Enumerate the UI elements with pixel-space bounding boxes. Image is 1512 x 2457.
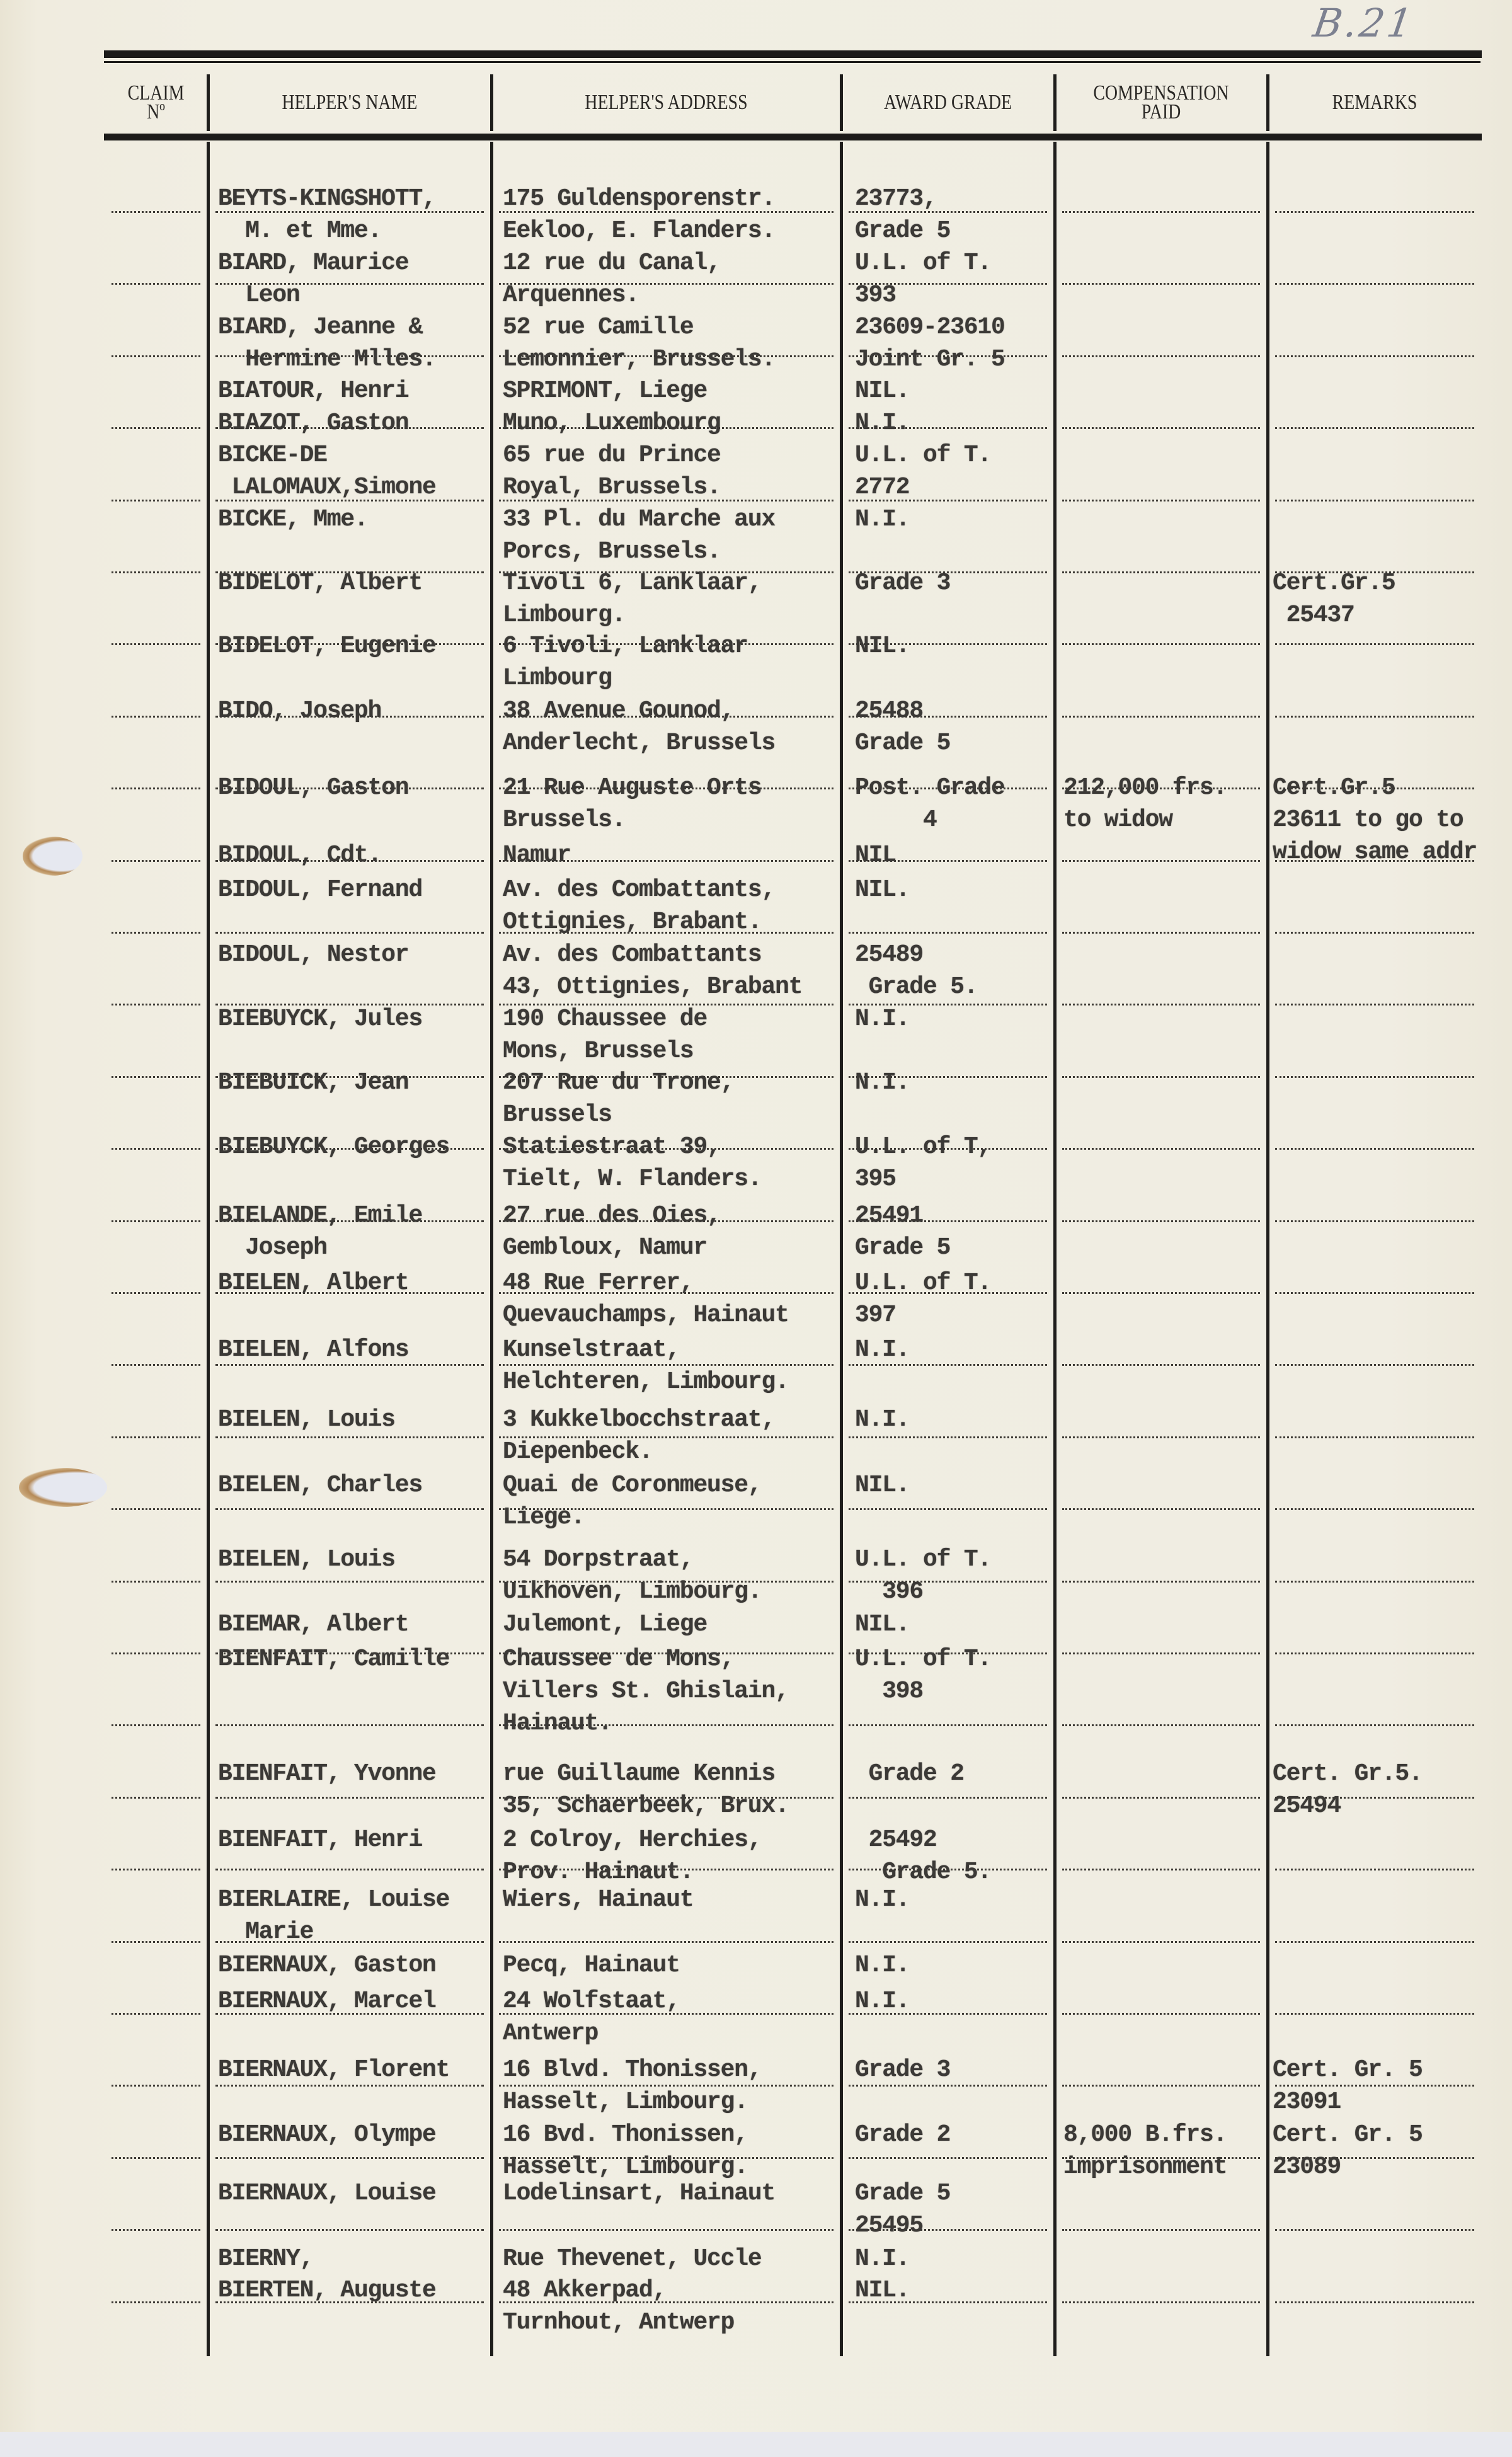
cell-address: 207 Rue du Trone,: [503, 1067, 734, 1099]
cell-name: BIERNAUX, Marcel: [218, 1985, 436, 2017]
ruled-line: [1275, 2013, 1474, 2015]
column-header-compensation: COMPENSATION PAID: [1074, 72, 1248, 132]
ruled-line: [112, 2085, 200, 2087]
cell-address: 24 Wolfstaat,: [503, 1985, 680, 2017]
cell-address: 2 Colroy, Herchies,: [503, 1824, 761, 1856]
ruled-line: [849, 1436, 1047, 1438]
cell-address: Hasselt, Limbourg.: [503, 2086, 748, 2118]
cell-award: N.I.: [855, 1985, 909, 2017]
cell-name: BIAZOT, Gaston: [218, 407, 408, 439]
ruled-line: [1062, 1220, 1260, 1222]
cell-address: Brussels: [503, 1099, 612, 1131]
ruled-line: [1062, 860, 1260, 862]
cell-award: NIL.: [855, 2274, 909, 2306]
cell-address: 16 Bvd. Thonissen,: [503, 2119, 748, 2151]
header-bottom-rule: [104, 134, 1482, 140]
cell-name: Marie: [218, 1916, 313, 1948]
column-divider: [840, 142, 843, 2356]
cell-name: BIEBUYCK, Jules: [218, 1003, 422, 1035]
ruled-line: [1275, 1364, 1474, 1366]
cell-address: Statiestraat 39,: [503, 1131, 721, 1163]
cell-address: Gembloux, Namur: [503, 1232, 707, 1264]
cell-address: Liege.: [503, 1501, 585, 1533]
cell-award: 25491: [855, 1200, 923, 1232]
cell-name: BIELANDE, Emile: [218, 1200, 422, 1232]
cell-award: 396: [855, 1576, 923, 1608]
cell-name: BIDELOT, Eugenie: [218, 630, 436, 662]
ruled-line: [112, 355, 200, 357]
cell-address: Villers St. Ghislain,: [503, 1675, 789, 1707]
cell-name: BIERTEN, Auguste: [218, 2274, 436, 2306]
page-label-handwritten: B.21: [1310, 0, 1417, 46]
ruled-line: [1062, 1076, 1260, 1078]
punch-hole-upper: [23, 837, 83, 876]
cell-address: Pecq, Hainaut: [503, 1949, 680, 1981]
cell-address: 190 Chaussee de: [503, 1003, 707, 1035]
cell-name: BIEBUICK, Jean: [218, 1067, 408, 1099]
ruled-line: [112, 716, 200, 718]
cell-name: BIEMAR, Albert: [218, 1608, 408, 1641]
cell-address: 48 Rue Ferrer,: [503, 1267, 693, 1299]
cell-name: BIDOUL, Fernand: [218, 874, 422, 906]
ruled-line: [1275, 2229, 1474, 2231]
cell-name: BIELEN, Charles: [218, 1469, 422, 1501]
cell-award: Post. Grade: [855, 772, 1005, 804]
ruled-line: [112, 860, 200, 862]
cell-address: 33 Pl. du Marche aux: [503, 503, 775, 535]
ruled-line: [112, 1004, 200, 1005]
cell-address: Kunselstraat,: [503, 1334, 680, 1366]
cell-name: BIERNAUX, Louise: [218, 2177, 436, 2209]
cell-award: NIL.: [855, 375, 909, 407]
ruled-line: [1062, 1004, 1260, 1005]
cell-award: N.I.: [855, 2243, 909, 2275]
cell-address: Lemonnier, Brussels.: [503, 343, 775, 375]
cell-address: 16 Blvd. Thonissen,: [503, 2054, 761, 2086]
ruled-line: [1275, 1292, 1474, 1294]
ruled-line: [112, 2013, 200, 2015]
ruled-line: [112, 787, 200, 789]
cell-award: N.I.: [855, 1949, 909, 1981]
ruled-line: [1275, 1436, 1474, 1438]
cell-address: 27 rue des Oies,: [503, 1200, 721, 1232]
top-thin-rule: [104, 61, 1480, 63]
ruled-line: [1275, 643, 1474, 645]
cell-award: Grade 5: [855, 727, 950, 759]
header-column-divider: [1053, 74, 1057, 131]
header-column-divider: [207, 74, 210, 131]
cell-remarks: Cert.Gr.5: [1273, 567, 1395, 599]
column-divider: [490, 142, 493, 2356]
column-header-award: AWARD GRADE: [861, 72, 1036, 132]
cell-address: Hainaut.: [503, 1707, 612, 1739]
cell-address: Helchteren, Limbourg.: [503, 1366, 789, 1398]
cell-award: U.L. of T.: [855, 247, 991, 279]
cell-name: BIDOUL, Gaston: [218, 772, 408, 804]
cell-name: BICKE-DE: [218, 439, 327, 471]
cell-award: 25495: [855, 2209, 923, 2242]
ruled-line: [1062, 1869, 1260, 1870]
cell-address: 35, Schaerbeek, Brux.: [503, 1790, 789, 1822]
column-header-claim: CLAIM Nº: [113, 72, 198, 132]
ruled-line: [1062, 283, 1260, 285]
cell-address: Arquennes.: [503, 279, 639, 311]
cell-award: 398: [855, 1675, 923, 1707]
ruled-line: [112, 500, 200, 501]
cell-address: SPRIMONT, Liege: [503, 375, 707, 407]
ruled-line: [1275, 1076, 1474, 1078]
header-column-divider: [490, 74, 493, 131]
cell-name: BIDOUL, Cdt.: [218, 839, 381, 871]
cell-name: BIDO, Joseph: [218, 695, 381, 727]
cell-address: Turnhout, Antwerp: [503, 2306, 734, 2339]
ruled-line: [112, 1436, 200, 1438]
ruled-line: [215, 1724, 484, 1726]
cell-award: N.I.: [855, 1884, 909, 1916]
scan-background: [0, 2432, 1512, 2457]
cell-name: BIERNAUX, Olympe: [218, 2119, 436, 2151]
cell-award: Joint Gr. 5: [855, 343, 1005, 375]
cell-name: BIELEN, Alfons: [218, 1334, 408, 1366]
ruled-line: [215, 932, 484, 934]
ruled-line: [1062, 1148, 1260, 1150]
ruled-line: [1275, 211, 1474, 213]
cell-address: Quevauchamps, Hainaut: [503, 1299, 789, 1331]
ruled-line: [112, 1652, 200, 1654]
cell-name: BEYTS-KINGSHOTT,: [218, 183, 436, 215]
ruled-line: [1275, 932, 1474, 934]
cell-award: 397: [855, 1299, 896, 1331]
cell-address: 175 Guldensporenstr.: [503, 183, 775, 215]
cell-address: Uikhoven, Limbourg.: [503, 1576, 761, 1608]
ruled-line: [849, 1941, 1047, 1943]
ruled-line: [1062, 2301, 1260, 2303]
ruled-line: [1062, 1581, 1260, 1583]
cell-award: NIL.: [855, 1608, 909, 1641]
ruled-line: [1275, 355, 1474, 357]
cell-address: Limbourg: [503, 662, 612, 694]
ruled-line: [1275, 1581, 1474, 1583]
cell-address: Antwerp: [503, 2017, 598, 2049]
cell-address: Brussels.: [503, 804, 625, 836]
ruled-line: [215, 1581, 484, 1583]
ruled-line: [112, 1508, 200, 1510]
ruled-line: [1062, 2013, 1260, 2015]
cell-award: NIL.: [855, 1469, 909, 1501]
cell-award: U.L. of T.: [855, 1543, 991, 1576]
ruled-line: [112, 1220, 200, 1222]
cell-name: M. et Mme.: [218, 215, 381, 247]
cell-address: Royal, Brussels.: [503, 471, 721, 503]
cell-remarks: 23611 to go to: [1273, 804, 1463, 836]
cell-name: BIENFAIT, Yvonne: [218, 1758, 436, 1790]
ruled-line: [499, 1941, 833, 1943]
ruled-line: [1275, 1508, 1474, 1510]
cell-address: Julemont, Liege: [503, 1608, 707, 1641]
cell-remarks: Cert. Gr. 5: [1273, 2054, 1423, 2086]
ruled-line: [215, 1436, 484, 1438]
cell-award: 395: [855, 1163, 896, 1195]
cell-award: N.I.: [855, 1404, 909, 1436]
cell-address: 38 Avenue Gounod,: [503, 695, 734, 727]
cell-award: N.I.: [855, 1067, 909, 1099]
cell-address: 54 Dorpstraat,: [503, 1543, 693, 1576]
cell-name: BIERNY,: [218, 2243, 313, 2275]
ruled-line: [112, 1869, 200, 1870]
top-thick-rule: [104, 50, 1482, 58]
ruled-line: [112, 1364, 200, 1366]
cell-name: BIENFAIT, Henri: [218, 1824, 422, 1856]
column-header-name: HELPER'S NAME: [234, 72, 466, 132]
cell-award: Grade 5: [855, 2177, 950, 2209]
cell-name: BIARD, Maurice: [218, 247, 408, 279]
cell-name: BIARD, Jeanne &: [218, 311, 422, 343]
punch-hole-lower: [19, 1468, 107, 1507]
ruled-line: [1062, 643, 1260, 645]
cell-address: Quai de Coronmeuse,: [503, 1469, 761, 1501]
cell-award: 25492: [855, 1824, 937, 1856]
ruled-line: [112, 1292, 200, 1294]
ruled-line: [1062, 1436, 1260, 1438]
cell-address: Wiers, Hainaut: [503, 1884, 693, 1916]
column-divider: [1053, 142, 1057, 2356]
cell-award: U.L. of T.: [855, 1643, 991, 1675]
ruled-line: [112, 932, 200, 934]
cell-name: BIEBUYCK, Georges: [218, 1131, 449, 1163]
ruled-line: [499, 2229, 833, 2231]
ruled-line: [112, 1148, 200, 1150]
ruled-line: [1062, 1941, 1260, 1943]
ruled-line: [215, 2157, 484, 2159]
ruled-line: [1062, 932, 1260, 934]
ruled-line: [1062, 1508, 1260, 1510]
cell-address: Mons, Brussels: [503, 1035, 693, 1067]
ruled-line: [849, 2157, 1047, 2159]
ruled-line: [1062, 1652, 1260, 1654]
cell-remarks: Cert. Gr. 5: [1273, 2119, 1423, 2151]
ruled-line: [1275, 2301, 1474, 2303]
cell-address: 65 rue du Prince: [503, 439, 721, 471]
cell-address: Av. des Combattants: [503, 939, 761, 971]
ruled-line: [1062, 427, 1260, 429]
ruled-line: [112, 1941, 200, 1943]
cell-award: Grade 2: [855, 1758, 964, 1790]
ruled-line: [1275, 1869, 1474, 1870]
column-header-remarks: REMARKS: [1287, 72, 1463, 132]
cell-address: Lodelinsart, Hainaut: [503, 2177, 775, 2209]
cell-remarks: widow same addr: [1273, 836, 1477, 868]
ruled-line: [1062, 2229, 1260, 2231]
cell-address: Diepenbeck.: [503, 1436, 653, 1468]
ruled-line: [1062, 571, 1260, 573]
cell-address: 52 rue Camille: [503, 311, 693, 343]
ruled-line: [112, 2301, 200, 2303]
ruled-line: [112, 1797, 200, 1799]
ruled-line: [215, 2229, 484, 2231]
ruled-line: [1062, 355, 1260, 357]
ruled-line: [215, 1797, 484, 1799]
cell-award: Grade 5.: [855, 971, 977, 1003]
ruled-line: [1275, 1148, 1474, 1150]
cell-award: Grade 3: [855, 567, 950, 599]
cell-remarks: 23089: [1273, 2151, 1341, 2183]
cell-address: Chaussee de Mons,: [503, 1643, 734, 1675]
cell-remarks: 23091: [1273, 2086, 1341, 2118]
ruled-line: [1062, 1292, 1260, 1294]
ruled-line: [112, 1076, 200, 1078]
cell-award: N.I.: [855, 407, 909, 439]
cell-award: U.L. of T,: [855, 1131, 991, 1163]
cell-address: Tivoli 6, Lanklaar,: [503, 567, 761, 599]
cell-compensation: to widow: [1063, 804, 1172, 836]
cell-name: BIERLAIRE, Louise: [218, 1884, 449, 1916]
ruled-line: [112, 283, 200, 285]
cell-name: LALOMAUX,Simone: [218, 471, 436, 503]
cell-address: Eekloo, E. Flanders.: [503, 215, 775, 247]
ruled-line: [112, 2157, 200, 2159]
ruled-line: [112, 643, 200, 645]
ruled-line: [1275, 500, 1474, 501]
cell-address: Namur: [503, 839, 571, 871]
cell-name: BIELEN, Louis: [218, 1543, 395, 1576]
ruled-line: [1275, 1004, 1474, 1005]
ruled-line: [1062, 716, 1260, 718]
cell-address: Porcs, Brussels.: [503, 535, 721, 568]
cell-award: 393: [855, 279, 896, 311]
cell-award: N.I.: [855, 1003, 909, 1035]
cell-compensation: 212,000 frs.: [1063, 772, 1227, 804]
ruled-line: [1062, 211, 1260, 213]
cell-award: 4: [855, 804, 937, 836]
cell-name: BIELEN, Louis: [218, 1404, 395, 1436]
cell-award: NIL.: [855, 630, 909, 662]
cell-award: 25488: [855, 695, 923, 727]
ruled-line: [112, 1581, 200, 1583]
cell-award: 23609-23610: [855, 311, 1005, 343]
cell-name: Joseph: [218, 1232, 327, 1264]
ruled-line: [1275, 427, 1474, 429]
cell-address: 12 rue du Canal,: [503, 247, 721, 279]
cell-address: Av. des Combattants,: [503, 874, 775, 906]
cell-address: Ottignies, Brabant.: [503, 906, 761, 938]
cell-address: Tielt, W. Flanders.: [503, 1163, 761, 1195]
cell-address: Rue Thevenet, Uccle: [503, 2243, 761, 2275]
ruled-line: [849, 1724, 1047, 1726]
cell-remarks: 25494: [1273, 1790, 1341, 1822]
cell-award: U.L. of T.: [855, 1267, 991, 1299]
ruled-line: [1062, 2085, 1260, 2087]
ruled-line: [1275, 1724, 1474, 1726]
cell-address: 43, Ottignies, Brabant: [503, 971, 802, 1003]
ruled-line: [112, 571, 200, 573]
ruled-line: [112, 2229, 200, 2231]
ruled-line: [1275, 283, 1474, 285]
cell-remarks: 25437: [1273, 599, 1354, 631]
cell-award: NIL.: [855, 874, 909, 906]
ruled-line: [849, 1797, 1047, 1799]
ruled-line: [215, 1508, 484, 1510]
cell-name: BIERNAUX, Gaston: [218, 1949, 436, 1981]
cell-address: rue Guillaume Kennis: [503, 1758, 775, 1790]
header-column-divider: [1266, 74, 1269, 131]
cell-address: Limbourg.: [503, 599, 625, 631]
cell-name: BIERNAUX, Florent: [218, 2054, 449, 2086]
cell-compensation: 8,000 B.frs.: [1063, 2119, 1227, 2151]
cell-name: Hermine Mlles.: [218, 343, 436, 375]
header-column-divider: [840, 74, 843, 131]
ruled-line: [112, 427, 200, 429]
cell-address: 6 Tivoli, Lanklaar: [503, 630, 748, 662]
ruled-line: [1275, 1220, 1474, 1222]
column-divider: [207, 142, 210, 2356]
ruled-line: [1275, 716, 1474, 718]
cell-award: Grade 3: [855, 2054, 950, 2086]
cell-award: Grade 2: [855, 2119, 950, 2151]
cell-award: 25489: [855, 939, 923, 971]
cell-name: BIDELOT, Albert: [218, 567, 422, 599]
column-divider: [1266, 142, 1269, 2356]
cell-address: 3 Kukkelbocchstraat,: [503, 1404, 775, 1436]
cell-name: BIELEN, Albert: [218, 1267, 408, 1299]
cell-address: 48 Akkerpad,: [503, 2274, 666, 2306]
cell-remarks: Cert.Gr.5: [1273, 772, 1395, 804]
cell-award: Grade 5: [855, 215, 950, 247]
ruled-line: [1062, 1797, 1260, 1799]
cell-award: N.I.: [855, 1334, 909, 1366]
ruled-line: [1062, 1364, 1260, 1366]
ruled-line: [1062, 1724, 1260, 1726]
cell-compensation: imprisonment: [1063, 2151, 1227, 2183]
cell-award: 23773,: [855, 183, 937, 215]
cell-name: BIENFAIT, Camille: [218, 1643, 449, 1675]
ruled-line: [849, 932, 1047, 934]
column-header-address: HELPER'S ADDRESS: [523, 72, 810, 132]
ruled-line: [112, 1724, 200, 1726]
ruled-line: [112, 211, 200, 213]
ruled-line: [1275, 1941, 1474, 1943]
cell-address: Anderlecht, Brussels: [503, 727, 775, 759]
cell-name: Leon: [218, 279, 300, 311]
cell-award: Grade 5: [855, 1232, 950, 1264]
ruled-line: [849, 1508, 1047, 1510]
cell-award: NIL: [855, 839, 896, 871]
ruled-line: [1275, 1652, 1474, 1654]
cell-name: BIATOUR, Henri: [218, 375, 408, 407]
cell-name: BIDOUL, Nestor: [218, 939, 408, 971]
cell-award: 2772: [855, 471, 909, 503]
cell-award: U.L. of T.: [855, 439, 991, 471]
cell-remarks: Cert. Gr.5.: [1273, 1758, 1423, 1790]
ruled-line: [215, 1869, 484, 1870]
cell-address: 21 Rue Auguste Orts: [503, 772, 761, 804]
cell-name: BICKE, Mme.: [218, 503, 368, 535]
cell-award: N.I.: [855, 503, 909, 535]
ruled-line: [1062, 500, 1260, 501]
cell-address: Muno, Luxembourg: [503, 407, 721, 439]
